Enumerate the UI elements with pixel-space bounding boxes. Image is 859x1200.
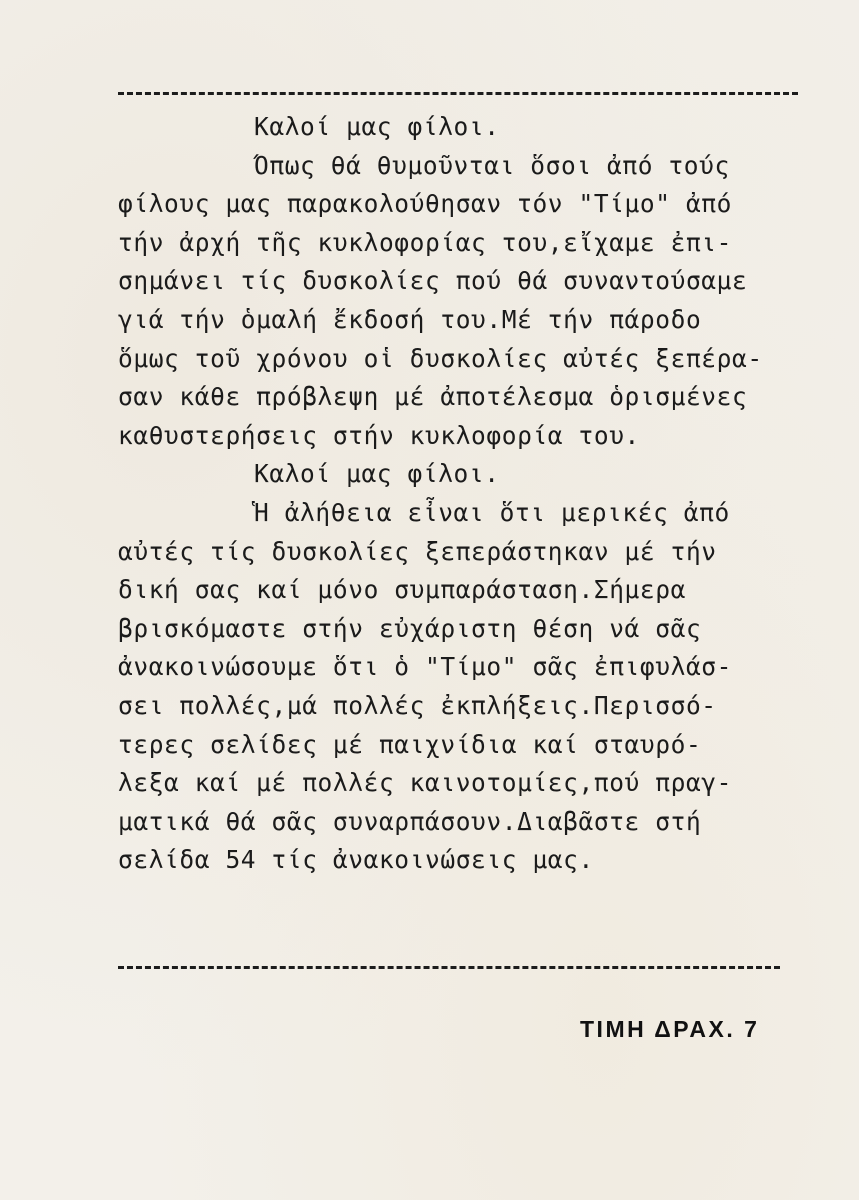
bottom-dashed-rule bbox=[118, 966, 780, 969]
text-line: βρισκόμαστε στήν εὐχάριστη θέση νά σᾶς bbox=[118, 610, 838, 649]
text-line: σαν κάθε πρόβλεψη μέ ἀποτέλεσμα ὁρισμένε… bbox=[118, 378, 838, 417]
text-line: αὐτές τίς δυσκολίες ξεπεράστηκαν μέ τήν bbox=[118, 533, 838, 572]
text-line: Καλοί μας φίλοι. bbox=[118, 108, 838, 147]
text-line: ὅμως τοῦ χρόνου οἱ δυσκολίες αὐτές ξεπέρ… bbox=[118, 340, 838, 379]
text-line: λεξα καί μέ πολλές καινοτομίες,πού πραγ- bbox=[118, 764, 838, 803]
text-line: Καλοί μας φίλοι. bbox=[118, 455, 838, 494]
text-line: γιά τήν ὁμαλή ἔκδοσή του.Μέ τήν πάροδο bbox=[118, 301, 838, 340]
top-dashed-rule bbox=[118, 92, 798, 95]
text-line: τερες σελίδες μέ παιχνίδια καί σταυρό- bbox=[118, 726, 838, 765]
text-line: σελίδα 54 τίς ἀνακοινώσεις μας. bbox=[118, 841, 838, 880]
text-line: Όπως θά θυμοῦνται ὅσοι ἀπό τούς bbox=[118, 147, 838, 186]
text-line: σημάνει τίς δυσκολίες πού θά συναντούσαμ… bbox=[118, 262, 838, 301]
text-line: φίλους μας παρακολούθησαν τόν "Τίμο" ἀπό bbox=[118, 185, 838, 224]
text-line: Ἡ ἀλήθεια εἶναι ὅτι μερικές ἀπό bbox=[118, 494, 838, 533]
editorial-text: Καλοί μας φίλοι. Όπως θά θυμοῦνται ὅσοι … bbox=[118, 108, 838, 880]
text-line: τήν ἀρχή τῆς κυκλοφορίας του,εἴχαμε ἐπι- bbox=[118, 224, 838, 263]
price-label: ΤΙΜΗ ΔΡΑΧ. 7 bbox=[580, 1016, 759, 1043]
text-line: καθυστερήσεις στήν κυκλοφορία του. bbox=[118, 417, 838, 456]
document-page: Καλοί μας φίλοι. Όπως θά θυμοῦνται ὅσοι … bbox=[0, 0, 859, 1200]
text-line: δική σας καί μόνο συμπαράσταση.Σήμερα bbox=[118, 571, 838, 610]
text-line: ματικά θά σᾶς συναρπάσουν.Διαβᾶστε στή bbox=[118, 803, 838, 842]
text-line: ἀνακοινώσουμε ὅτι ὁ "Τίμο" σᾶς ἐπιφυλάσ- bbox=[118, 648, 838, 687]
text-line: σει πολλές,μά πολλές ἐκπλήξεις.Περισσό- bbox=[118, 687, 838, 726]
